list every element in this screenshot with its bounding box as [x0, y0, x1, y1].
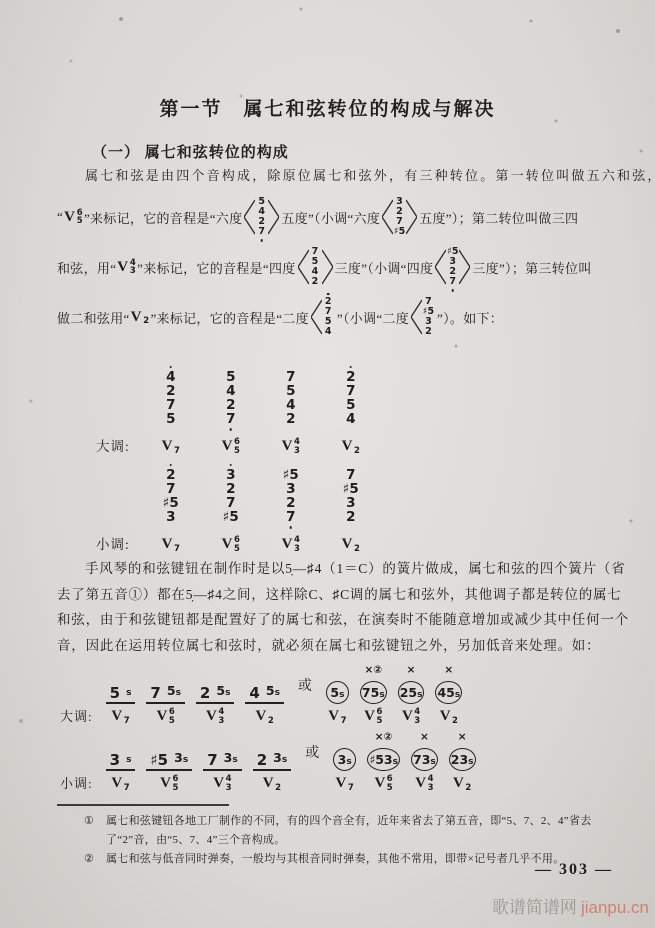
scale-degree-note: 5 [161, 412, 181, 426]
scale-degree-note: 7 [221, 496, 241, 510]
note-stack: 5427 [255, 197, 268, 237]
roman-numeral-v: V [282, 536, 293, 553]
chord-button-item: ×25sV43 [398, 664, 425, 725]
fork-bracket [411, 296, 422, 338]
bass-chord-pair: 23s [253, 749, 292, 771]
intro-line: 属七和弦是由四个音构成，除原位属七和弦外，有三种转位。第一转位叫做五六和弦，用 [57, 162, 620, 186]
roman-numeral-v: V [282, 438, 293, 455]
roman-numeral: V43 [282, 536, 300, 553]
chord-button-name: 5s [266, 682, 280, 701]
scale-degree-note: 7 [341, 384, 361, 398]
usage-mark: × [407, 664, 416, 677]
roman-numeral-v: V [415, 775, 426, 792]
roman-numeral: V65 [374, 775, 392, 792]
roman-numeral: V2 [256, 708, 274, 725]
note-stack: 7♯532 [341, 468, 361, 524]
scale-degree-note: 2 [341, 510, 361, 524]
chord-button-name: 3s [273, 749, 287, 768]
note-stack: 7542 [281, 370, 301, 426]
chord-button-circle: 73s [411, 748, 438, 771]
bass-chord-item: ♯53sV65 [146, 749, 192, 792]
scale-degree-note: 2 [161, 384, 181, 398]
text-run: ”来标记，它的音程是“六度 [84, 208, 242, 227]
fork-bracket [459, 246, 470, 288]
scale-degree-note: 7 [255, 227, 268, 237]
roman-numeral: V65 [64, 209, 83, 226]
usage-mark: × [444, 664, 453, 677]
chord-button-name: 25s [400, 685, 423, 700]
roman-numeral: V43 [206, 708, 224, 725]
scale-degree-note: 7 [446, 277, 459, 287]
or-label: 或 [305, 742, 319, 762]
bass-note: 7 [207, 752, 217, 768]
roman-numeral: V7 [162, 438, 180, 455]
bass-note: 7 [150, 685, 160, 701]
bass-chord-item: 23sV2 [253, 749, 292, 792]
text-run: 做二和弦用“ [57, 308, 130, 327]
paragraph-line: 和弦，由于和弦键钮都是配置好了的属七和弦，在演奏时不能随意增加或减少其中任何一个 [57, 607, 623, 633]
scale-degree-note: 5 [281, 384, 301, 398]
octave-dot [261, 239, 264, 242]
roman-numeral-v: V [160, 775, 171, 792]
text-run: 和弦，用“ [57, 258, 116, 277]
note-stack: 327♯5 [221, 468, 241, 524]
interval-fork: 7♯532 [411, 296, 435, 338]
chord-button-name: 75s [362, 685, 385, 700]
bass-chord-item: 45sV2 [245, 682, 284, 725]
chord-button-circle: 3s [333, 748, 356, 771]
text-run: “ [57, 209, 63, 225]
footnote-text: 属七和弦与低音同时弹奏，一般均与其根音同时弹奏，其他不常用，即带×记号者几乎不用… [106, 850, 565, 869]
interval-fork: 5427 [244, 196, 279, 238]
chord-button-name: 3s [338, 752, 352, 767]
scale-degree-note: 2 [221, 398, 241, 412]
roman-numeral-v: V [342, 438, 353, 455]
bass-chord-item: 5sV7 [106, 682, 136, 725]
roman-numeral-v: V [440, 708, 451, 725]
octave-dot [289, 526, 292, 529]
footnote-rule [57, 804, 229, 806]
scale-degree-note: 4 [322, 327, 335, 337]
table-column: 327♯5V65 [208, 468, 254, 553]
roman-numeral: V65 [222, 536, 240, 553]
bass-chord-pair: 75s [146, 682, 185, 704]
bass-chord-pair: 25s [196, 682, 235, 704]
roman-numeral-v: V [111, 775, 122, 792]
bass-note: 5 [110, 685, 120, 701]
paragraph-line: 音，因此在运用转位属七和弦时，就必须在属七和弦键钮之外，另加低音来处理。如： [57, 633, 623, 659]
fork-bracket [244, 196, 255, 238]
chord-table-major: 大调:4275V75427V657542V432754V2 [96, 370, 374, 455]
chord-button-name: 73s [413, 752, 436, 767]
text-run: 三度”（小调“四度 [335, 258, 434, 277]
scale-degree-note: 4 [281, 398, 301, 412]
table-column: 4275V7 [148, 370, 194, 455]
usage-mark: ×② [364, 664, 382, 677]
scale-degree-note: 3 [161, 510, 181, 524]
bass-chord-pair: 3s [106, 749, 136, 771]
chord-table-minor: 小调:27♯53V7327♯5V65♯5327V437♯532V2 [96, 468, 374, 553]
usage-mark: × [458, 731, 467, 744]
interval-fork: 327♯5 [382, 196, 417, 238]
bass-chord-pair: ♯53s [146, 749, 192, 771]
chord-button-item: ×②♯53sV65 [367, 731, 400, 792]
chord-button-name: s [126, 749, 131, 768]
fork-bracket [268, 196, 279, 238]
roman-numeral-v: V [64, 209, 75, 226]
roman-numeral-v: V [117, 259, 128, 276]
text-run: ”来标记，它的音程是“四度 [137, 258, 295, 277]
scale-degree-note: ♯5 [161, 496, 181, 510]
roman-numeral: V43 [282, 438, 300, 455]
roman-numeral-v: V [162, 536, 173, 553]
fork-bracket [406, 196, 417, 238]
scale-degree-note: 2 [422, 327, 435, 337]
bass-note: ♯5 [150, 752, 168, 768]
scale-degree-note: 2 [281, 412, 301, 426]
chord-button-name: ♯53s [369, 752, 398, 767]
note-stack: ♯5327 [446, 247, 459, 287]
scale-degree-note: ♯5 [281, 468, 301, 482]
note-stack: 7542 [309, 247, 322, 287]
chord-button-item: ×73sV43 [411, 731, 438, 792]
note-stack: 327♯5 [393, 197, 406, 237]
roman-numeral: V7 [111, 708, 129, 725]
roman-numeral: V7 [111, 775, 129, 792]
roman-numeral-v: V [162, 438, 173, 455]
roman-numeral: V65 [157, 708, 175, 725]
roman-numeral: V2 [342, 536, 360, 553]
chord-button-item: ×23sV2 [449, 731, 476, 792]
roman-numeral: V2 [342, 438, 360, 455]
roman-numeral-v: V [402, 708, 413, 725]
footnote-item: ① 属七和弦键钮各地工厂制作的不同，有的四个音全有，近年来省去了第五音，即“5、… [84, 812, 624, 849]
scale-degree-note: 3 [341, 496, 361, 510]
text-run: 五度”）；第二转位叫做三四 [419, 208, 578, 227]
bass-chord-item: 75sV65 [146, 682, 185, 725]
roman-numeral: V43 [402, 708, 420, 725]
scale-degree-note: 2 [221, 482, 241, 496]
paragraph-line: 去了第五音①）都在5̣—♯4之间，这样除C、♯C调的属七和弦外，其他调子都是转位… [57, 582, 623, 608]
note-stack: 2754 [322, 297, 335, 337]
roman-numeral: V2 [263, 775, 281, 792]
text-run: 五度”（小调“六度 [281, 208, 380, 227]
key-label: 小调: [60, 773, 93, 792]
roman-numeral-v: V [131, 309, 142, 326]
scale-degree-note: 7 [221, 412, 241, 426]
roman-numeral-v: V [222, 438, 233, 455]
bass-chord-item: 73sV43 [203, 749, 242, 792]
chord-button-circle: 5s [326, 681, 349, 704]
chord-button-circle: 25s [398, 681, 425, 704]
subsection-heading: （一） 属七和弦转位的构成 [92, 141, 289, 162]
scale-degree-note: 3 [221, 468, 241, 482]
chord-button-name: 3s [174, 749, 188, 768]
chord-button-circle: 23s [449, 748, 476, 771]
octave-dot [349, 366, 352, 369]
chord-button-item: 3sV7 [333, 731, 356, 792]
chord-button-name: 23s [451, 752, 474, 767]
scale-degree-note: 5 [341, 398, 361, 412]
scale-degree-note: 7 [161, 398, 181, 412]
intro-paragraph: 属七和弦是由四个音构成，除原位属七和弦外，有三种转位。第一转位叫做五六和弦，用“… [57, 162, 620, 342]
chord-button-name: 3s [224, 749, 238, 768]
scale-degree-note: 4 [221, 384, 241, 398]
roman-numeral: V43 [117, 259, 136, 276]
roman-numeral: V7 [336, 775, 354, 792]
roman-numeral: V2 [453, 775, 471, 792]
scale-degree-note: ♯5 [393, 227, 406, 237]
footnote-text: 属七和弦键钮各地工厂制作的不同，有的四个音全有，近年来省去了第五音，即“5、7、… [106, 812, 624, 849]
chord-button-item: ×45sV2 [435, 664, 462, 725]
octave-dot [169, 366, 172, 369]
table-column: 7♯532V2 [328, 468, 374, 553]
fork-bracket [298, 246, 309, 288]
scale-degree-note: 2 [281, 496, 301, 510]
note-stack: ♯5327 [281, 468, 301, 524]
key-label: 小调: [96, 533, 130, 553]
chord-button-name: 5s [216, 682, 230, 701]
roman-numeral: V43 [213, 775, 231, 792]
chord-button-circle: ♯53s [367, 748, 400, 771]
octave-dot [229, 464, 232, 467]
text-run: ”来标记，它的音程是“二度 [150, 308, 308, 327]
roman-numeral-v: V [364, 708, 375, 725]
scale-degree-note: 4 [341, 412, 361, 426]
intro-line: “V65”来标记，它的音程是“六度5427五度”（小调“六度327♯5五度”）；… [57, 192, 620, 242]
chord-button-circle: 75s [360, 681, 387, 704]
footnote-marker: ② [84, 850, 98, 869]
watermark: 歌谱简谱网jianpu.cn [492, 893, 649, 918]
scale-degree-note: 4 [161, 370, 181, 384]
bass-chord-item: 25sV43 [196, 682, 235, 725]
scale-degree-note: 7 [281, 510, 301, 524]
bass-chord-pair: 5s [106, 682, 136, 704]
note-stack: 5427 [221, 370, 241, 426]
text-run: ”（小调“二度 [337, 308, 409, 327]
note-stack: 7♯532 [422, 297, 435, 337]
scale-degree-note: 7 [281, 370, 301, 384]
roman-numeral: V65 [222, 438, 240, 455]
roman-numeral-v: V [263, 775, 274, 792]
roman-numeral-v: V [328, 708, 339, 725]
bass-note: 4 [249, 685, 259, 701]
fork-bracket [435, 246, 446, 288]
scanned-page: 第一节 属七和弦转位的构成与解决 （一） 属七和弦转位的构成 属七和弦是由四个音… [0, 0, 655, 928]
bass-note: 2 [200, 685, 210, 701]
scale-degree-note: 2 [161, 468, 181, 482]
roman-numeral-v: V [256, 708, 267, 725]
interval-fork: 7542 [298, 246, 333, 288]
table-column: ♯5327V43 [268, 468, 314, 553]
scale-degree-note: 7 [161, 482, 181, 496]
roman-numeral: V43 [415, 775, 433, 792]
roman-numeral-v: V [222, 536, 233, 553]
roman-numeral-v: V [157, 708, 168, 725]
scale-degree-note: 3 [281, 482, 301, 496]
fork-bracket [382, 196, 393, 238]
roman-numeral-v: V [206, 708, 217, 725]
roman-numeral-v: V [111, 708, 122, 725]
octave-dot [229, 428, 232, 431]
scale-degree-note: 5 [221, 370, 241, 384]
chord-button-name: 5s [167, 682, 181, 701]
roman-numeral: V7 [328, 708, 346, 725]
chord-button-circle: 45s [435, 681, 462, 704]
watermark-site-name: 歌谱简谱网 [492, 898, 577, 917]
intro-line: 和弦，用“V43”来标记，它的音程是“四度7542三度”（小调“四度♯5327三… [57, 242, 620, 292]
accordion-paragraph: 手风琴的和弦键钮在制作时是以5̣—♯4（1＝C）的簧片做成，属七和弦的四个簧片（… [57, 556, 623, 658]
scale-degree-note: ♯5 [221, 510, 241, 524]
note-stack: 2754 [341, 370, 361, 426]
scale-degree-note: 2 [309, 277, 322, 287]
roman-numeral: V7 [162, 536, 180, 553]
scale-degree-note: 2 [341, 370, 361, 384]
fork-bracket [311, 296, 322, 338]
table-column: 7542V43 [268, 370, 314, 455]
octave-dot [327, 293, 330, 296]
key-label: 大调: [96, 435, 130, 455]
chord-button-name: 45s [437, 685, 460, 700]
text-run: ”）。如下： [437, 308, 503, 327]
table-column: 2754V2 [328, 370, 374, 455]
fork-bracket [322, 246, 333, 288]
bass-chord-pair: 45s [245, 682, 284, 704]
text-run: 属七和弦是由四个音构成，除原位属七和弦外，有三种转位。第一转位叫做五六和弦，用 [85, 165, 655, 184]
scan-noise [0, 0, 2, 2]
roman-numeral: V2 [440, 708, 458, 725]
usage-mark: ×② [375, 731, 393, 744]
chord-button-name: 5s [330, 685, 344, 700]
usage-mark: × [420, 731, 429, 744]
bass-chord-pair: 73s [203, 749, 242, 771]
bass-note: 2 [257, 752, 267, 768]
roman-numeral-v: V [453, 775, 464, 792]
bass-chord-item: 3sV7 [106, 749, 136, 792]
interval-fork: ♯5327 [435, 246, 470, 288]
watermark-url: jianpu.cn [581, 898, 649, 917]
chord-button-name: s [126, 682, 131, 701]
table-column: 5427V65 [208, 370, 254, 455]
paragraph-line: 手风琴的和弦键钮在制作时是以5̣—♯4（1＝C）的簧片做成，属七和弦的四个簧片（… [57, 556, 623, 582]
key-label: 大调: [60, 706, 93, 725]
interval-fork: 2754 [311, 296, 335, 338]
octave-dot [452, 289, 455, 292]
scale-degree-note: ♯5 [341, 482, 361, 496]
octave-dot [169, 464, 172, 467]
roman-numeral: V2 [131, 309, 150, 326]
roman-numeral-v: V [342, 536, 353, 553]
chord-button-item: 5sV7 [326, 664, 349, 725]
roman-numeral: V65 [364, 708, 382, 725]
roman-numeral-v: V [213, 775, 224, 792]
table-column: 27♯53V7 [148, 468, 194, 553]
text-run: 三度”）；第三转位叫 [472, 258, 591, 277]
footnote-marker: ① [84, 812, 98, 849]
notation-example-major: 大调:5sV775sV6525sV4345sV2或5sV7×②75sV65×25… [60, 664, 462, 725]
scale-degree-note: 7 [341, 468, 361, 482]
roman-numeral: V65 [160, 775, 178, 792]
or-label: 或 [298, 675, 312, 695]
intro-line: 做二和弦用“V2”来标记，它的音程是“二度2754”（小调“二度7♯532”）。… [57, 292, 620, 342]
chord-button-item: ×②75sV65 [360, 664, 387, 725]
roman-numeral-v: V [336, 775, 347, 792]
note-stack: 4275 [161, 370, 181, 426]
bass-note: 3 [110, 752, 120, 768]
notation-example-minor: 小调:3sV7♯53sV6573sV4323sV2或3sV7×②♯53sV65×… [60, 731, 476, 792]
note-stack: 27♯53 [161, 468, 181, 524]
page-number: — 303 — [535, 861, 613, 879]
section-title: 第一节 属七和弦转位的构成与解决 [0, 94, 655, 121]
roman-numeral-v: V [374, 775, 385, 792]
